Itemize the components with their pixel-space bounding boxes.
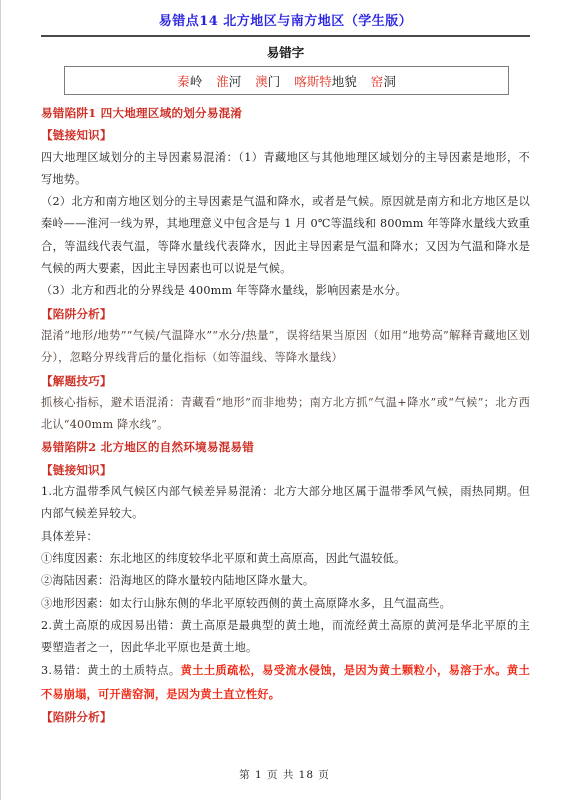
trap2-paragraph-7-lead: 3.易错：黄土的土质特点。 [41,664,181,677]
page-title: 易错点14 北方地区与南方地区（学生版） [41,12,530,31]
errata-term-rest: 地貌 [332,74,357,89]
trap1-analysis-text: 混淆“地形/地势”“气候/气温降水”“水分/热量”，误将结果当原因（如用“地势高… [41,325,530,370]
errata-term-highlight: 窑 [371,74,384,89]
page-number-footer: 第 1 页 共 18 页 [1,767,568,782]
trap1-analysis-label: 【陷阱分析】 [41,303,530,325]
trap2-link-knowledge-label: 【链接知识】 [41,459,530,481]
title-divider [41,35,530,37]
document-page: 易错点14 北方地区与南方地区（学生版） 易错字 秦岭 淮河 澳门 喀斯特地貌 … [0,0,568,800]
errata-section-header: 易错字 [41,44,530,61]
errata-term-rest: 岭 [190,74,203,89]
errata-term-rest: 河 [229,74,242,89]
errata-term: 秦岭 [177,72,202,90]
trap1-heading: 易错陷阱1 四大地理区域的划分易混淆 [41,102,530,124]
trap2-paragraph-2: 具体差异： [41,526,530,548]
errata-term-rest: 洞 [383,74,396,89]
errata-term-highlight: 澳 [255,74,268,89]
document-body: 易错陷阱1 四大地理区域的划分易混淆 【链接知识】 四大地理区域划分的主导因素易… [41,102,530,728]
trap2-paragraph-5: ③地形因素：如太行山脉东侧的华北平原较西侧的黄土高原降水多，且气温高些。 [41,593,530,615]
errata-term-highlight: 秦 [177,74,190,89]
errata-term: 喀斯特地貌 [294,72,357,90]
errata-term: 窑洞 [371,72,396,90]
errata-box: 秦岭 淮河 澳门 喀斯特地貌 窑洞 [64,66,509,95]
errata-term-highlight: 淮 [216,74,229,89]
trap2-paragraph-6: 2.黄土高原的成因易出错：黄土高原是最典型的黄土地，而流经黄土高原的黄河是华北平… [41,615,530,660]
trap1-paragraph-2: （2）北方和南方地区划分的主导因素是气温和降水，或者是气候。原因就是南方和北方地… [41,191,530,280]
page-content: 易错点14 北方地区与南方地区（学生版） 易错字 秦岭 淮河 澳门 喀斯特地貌 … [1,0,568,728]
errata-term-rest: 门 [268,74,281,89]
trap1-tips-label: 【解题技巧】 [41,370,530,392]
trap1-paragraph-1: 四大地理区域划分的主导因素易混淆：（1）青藏地区与其他地理区域划分的主导因素是地… [41,147,530,192]
errata-term: 澳门 [255,72,280,90]
trap1-link-knowledge-label: 【链接知识】 [41,124,530,146]
trap2-paragraph-3: ①纬度因素：东北地区的纬度较华北平原和黄土高原高，因此气温较低。 [41,548,530,570]
trap2-paragraph-7: 3.易错：黄土的土质特点。黄土土质疏松，易受流水侵蚀，是因为黄土颗粒小，易溶于水… [41,659,530,706]
trap1-tips-text: 抓核心指标，避术语混淆：青藏看“地形”而非地势；南方北方抓“气温+降水”或“气候… [41,392,530,437]
errata-term-highlight: 喀斯特 [294,74,332,89]
trap2-paragraph-1: 1.北方温带季风气候区内部气候差异易混淆：北方大部分地区属于温带季风气候，雨热同… [41,481,530,526]
trap2-analysis-label: 【陷阱分析】 [41,706,530,728]
trap2-heading: 易错陷阱2 北方地区的自然环境易混易错 [41,436,530,458]
trap2-paragraph-4: ②海陆因素：沿海地区的降水量较内陆地区降水量大。 [41,570,530,592]
trap1-paragraph-3: （3）北方和西北的分界线是 400mm 年等降水量线，影响因素是水分。 [41,280,530,302]
errata-term: 淮河 [216,72,241,90]
